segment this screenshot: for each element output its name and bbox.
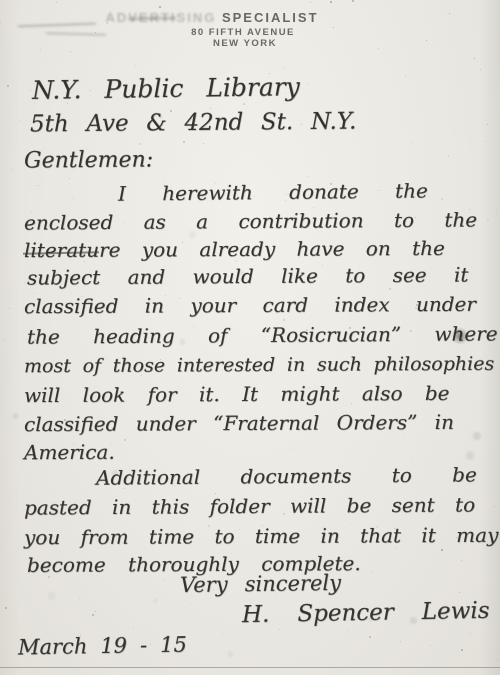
speckle <box>441 549 443 551</box>
salutation: Gentlemen: <box>24 147 153 173</box>
speckle <box>348 631 349 632</box>
speckle <box>203 143 204 144</box>
blotch <box>154 598 157 603</box>
blotch <box>48 592 55 600</box>
speckle <box>480 69 481 70</box>
speckle <box>284 67 285 68</box>
speckle <box>448 155 449 156</box>
speckle <box>5 607 7 609</box>
speckle <box>79 598 80 599</box>
speckle <box>283 319 285 321</box>
speckle <box>403 435 404 436</box>
speckle <box>159 6 161 8</box>
speckle <box>397 73 398 74</box>
speckle <box>378 48 379 49</box>
speckle <box>4 340 5 341</box>
speckle <box>243 103 245 105</box>
speckle <box>411 142 412 143</box>
body-line: most of those interested in such philoso… <box>24 353 494 377</box>
body-line: classified under “Fraternal Orders” in <box>24 410 454 436</box>
speckle <box>279 629 280 630</box>
speckle <box>24 282 25 283</box>
speckle <box>57 179 58 180</box>
letterhead-company: ADVERTISING SPECIALIST <box>105 10 318 25</box>
speckle <box>489 130 490 131</box>
speckle <box>40 49 41 50</box>
valediction: Very sincerely <box>180 571 341 597</box>
speckle <box>20 120 21 121</box>
speckle <box>56 2 57 3</box>
letterhead-address: 80 FIFTH AVENUE <box>191 27 295 38</box>
speckle <box>38 185 39 186</box>
speckle <box>70 51 71 52</box>
blotch <box>222 633 225 635</box>
blotch <box>473 432 481 440</box>
signature: H. Spencer Lewis <box>242 598 490 628</box>
speckle <box>459 592 460 593</box>
body-line: subject and would like to see it <box>27 262 469 289</box>
speckle <box>32 380 33 381</box>
speckle <box>472 203 473 204</box>
speckle <box>9 308 10 309</box>
speckle <box>352 0 354 2</box>
speckle <box>494 506 495 507</box>
body-line: you from time to time in that it may <box>24 523 498 549</box>
speckle <box>310 2 311 3</box>
speckle <box>242 651 243 652</box>
speckle <box>430 645 431 646</box>
speckle <box>124 439 126 441</box>
letterhead-city: NEW YORK <box>213 38 277 49</box>
scan-edge-line <box>0 667 500 668</box>
speckle <box>69 178 70 179</box>
speckle <box>163 579 164 580</box>
speckle <box>369 636 371 638</box>
body-line: classified in your card index under <box>24 292 476 318</box>
speckle <box>30 90 31 91</box>
speckle <box>426 40 427 41</box>
speckle <box>405 76 406 77</box>
speckle <box>152 438 153 439</box>
speckle <box>217 452 218 453</box>
speckle <box>0 22 1 23</box>
speckle <box>290 449 291 450</box>
body-line: literature you already have on the <box>24 236 445 262</box>
letterhead-company-word1: ADVERTISING <box>105 10 216 25</box>
speckle <box>135 65 136 66</box>
recipient-name: N.Y. Public Library <box>32 72 300 105</box>
scanned-letter-page: ADVERTISING SPECIALIST 80 FIFTH AVENUE N… <box>0 0 500 675</box>
speckle <box>307 83 308 84</box>
speckle <box>400 641 401 642</box>
body-line: enclosed as a contribution to the <box>24 207 477 234</box>
speckle <box>487 219 489 221</box>
smudge-stroke <box>18 23 96 28</box>
speckle <box>496 213 497 214</box>
body-line: I herewith donate the <box>118 178 428 205</box>
speckle <box>449 13 450 14</box>
speckle <box>73 198 74 199</box>
speckle <box>330 1 332 3</box>
speckle <box>487 124 488 125</box>
speckle <box>371 572 372 573</box>
speckle <box>133 627 134 628</box>
body-line: Additional documents to be <box>96 462 477 489</box>
date-line: March 19 - 15 <box>18 633 187 660</box>
speckle <box>7 85 9 87</box>
speckle <box>11 169 12 170</box>
speckle <box>389 288 391 290</box>
speckle <box>461 649 463 651</box>
body-line: the heading of “Rosicrucian” where <box>27 321 498 348</box>
body-line: America. <box>24 440 115 464</box>
speckle <box>92 614 94 616</box>
speckle <box>95 32 96 33</box>
letterhead-company-word2: SPECIALIST <box>222 10 319 25</box>
speckle <box>412 458 413 459</box>
blotch <box>466 451 474 460</box>
speckle <box>474 58 475 59</box>
speckle <box>485 141 486 142</box>
speckle <box>497 659 498 660</box>
speckle <box>160 603 161 604</box>
speckle <box>441 198 443 200</box>
speckle <box>308 176 309 177</box>
body-line: pasted in this folder will be sent to <box>24 492 475 519</box>
speckle <box>139 143 141 145</box>
blotch <box>228 651 233 657</box>
blotch <box>468 632 472 634</box>
smudge-stroke <box>46 32 106 36</box>
speckle <box>333 27 334 28</box>
recipient-address: 5th Ave & 42nd St. N.Y. <box>30 109 357 138</box>
speckle <box>467 160 468 161</box>
speckle <box>190 604 191 605</box>
speckle <box>38 594 39 595</box>
speckle <box>95 611 96 612</box>
speckle <box>396 548 397 549</box>
body-line: will look for it. It might also be <box>24 381 450 407</box>
blotch <box>13 413 18 419</box>
speckle <box>183 141 185 143</box>
speckle <box>461 560 462 561</box>
